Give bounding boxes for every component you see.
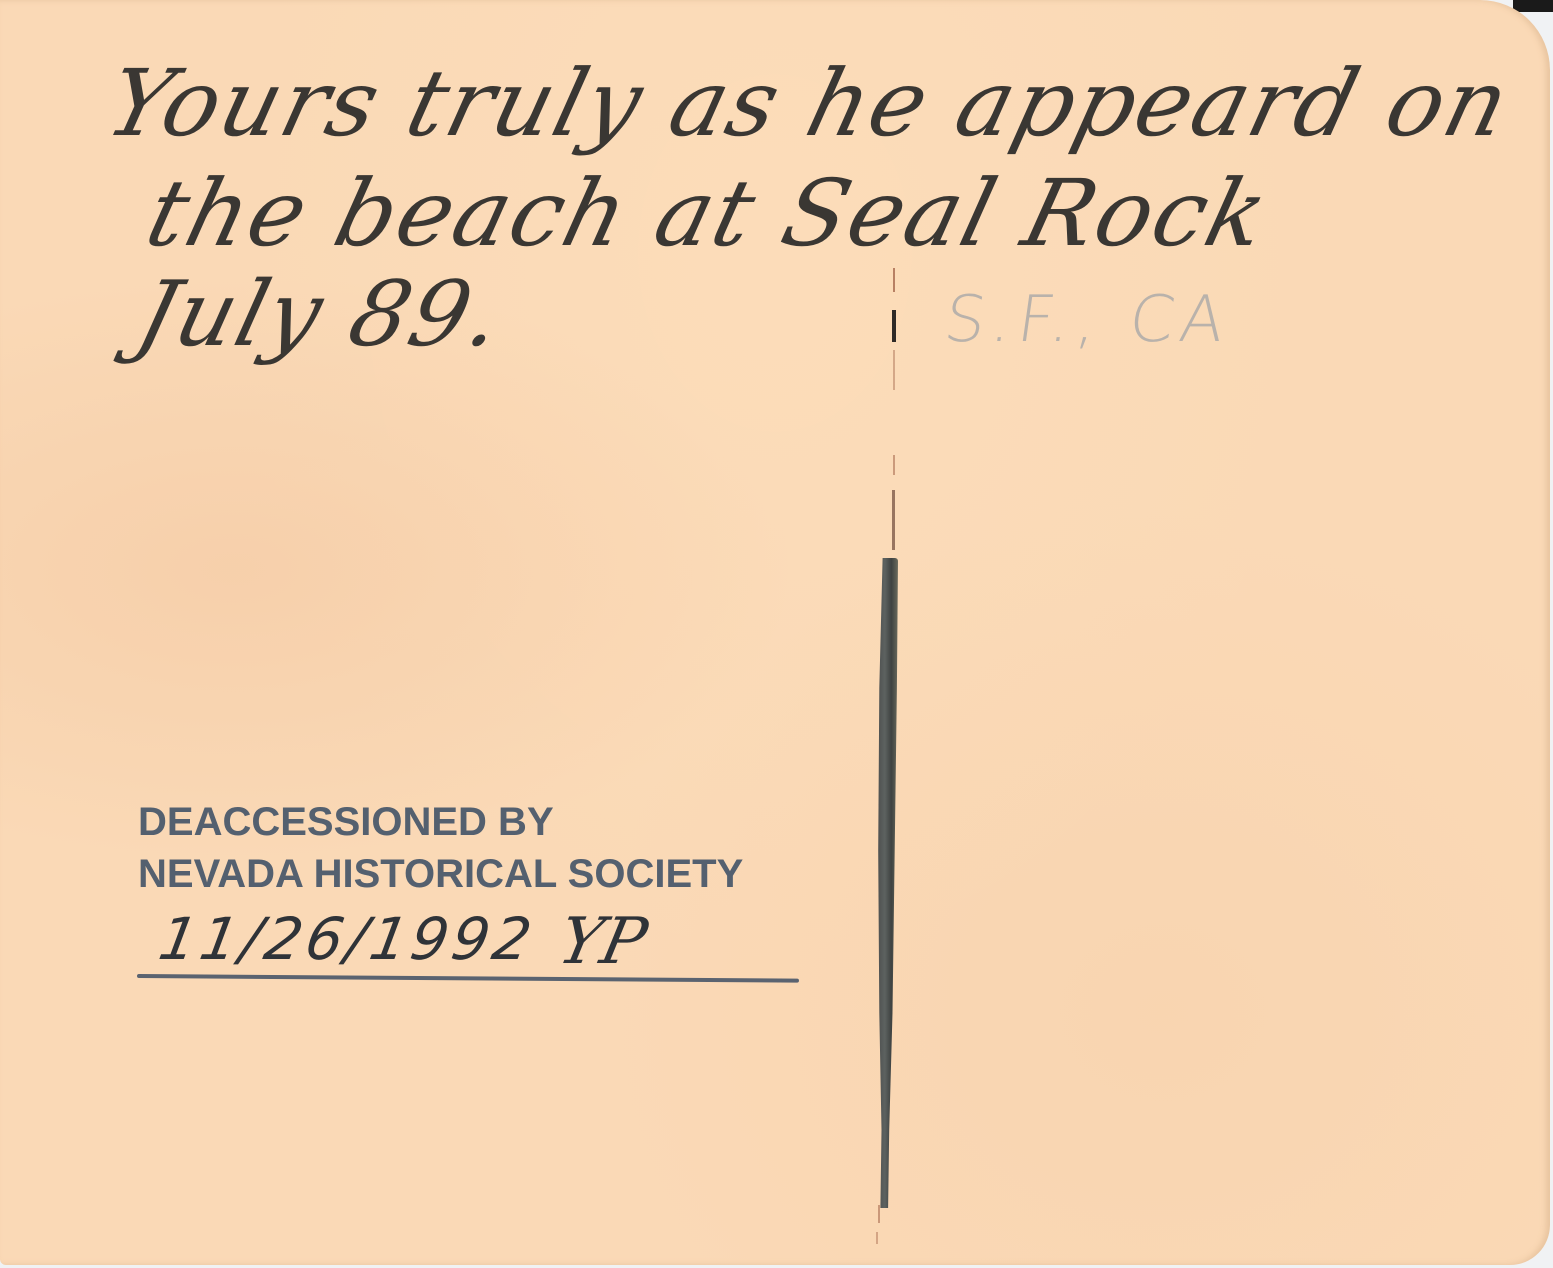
fold-mark bbox=[893, 350, 895, 390]
fold-mark bbox=[892, 310, 896, 342]
handwritten-line-2: the beach at Seal Rock bbox=[137, 160, 1280, 267]
stamp-date: 11/26/1992 bbox=[154, 905, 540, 973]
fold-mark bbox=[876, 1232, 878, 1244]
handwritten-line-1: Yours truly as he appeard on bbox=[97, 50, 1521, 157]
scanned-card: Yours truly as he appeard on the beach a… bbox=[0, 0, 1553, 1268]
fold-mark bbox=[892, 490, 895, 550]
stamp-line-1: DEACCESSIONED BY bbox=[138, 800, 554, 845]
stamp-initials: YP bbox=[552, 905, 653, 979]
handwritten-line-3: July 89. bbox=[127, 262, 515, 367]
scan-background-corner bbox=[1513, 0, 1553, 12]
stamp-rule bbox=[137, 974, 799, 983]
pencil-annotation: S.F., CA bbox=[940, 283, 1235, 357]
fold-tear-residue bbox=[876, 558, 898, 1208]
fold-mark bbox=[893, 268, 895, 292]
fold-mark bbox=[893, 455, 895, 475]
fold-mark bbox=[878, 1205, 880, 1223]
stamp-line-2: NEVADA HISTORICAL SOCIETY bbox=[138, 852, 743, 897]
card-back: Yours truly as he appeard on the beach a… bbox=[0, 0, 1550, 1265]
